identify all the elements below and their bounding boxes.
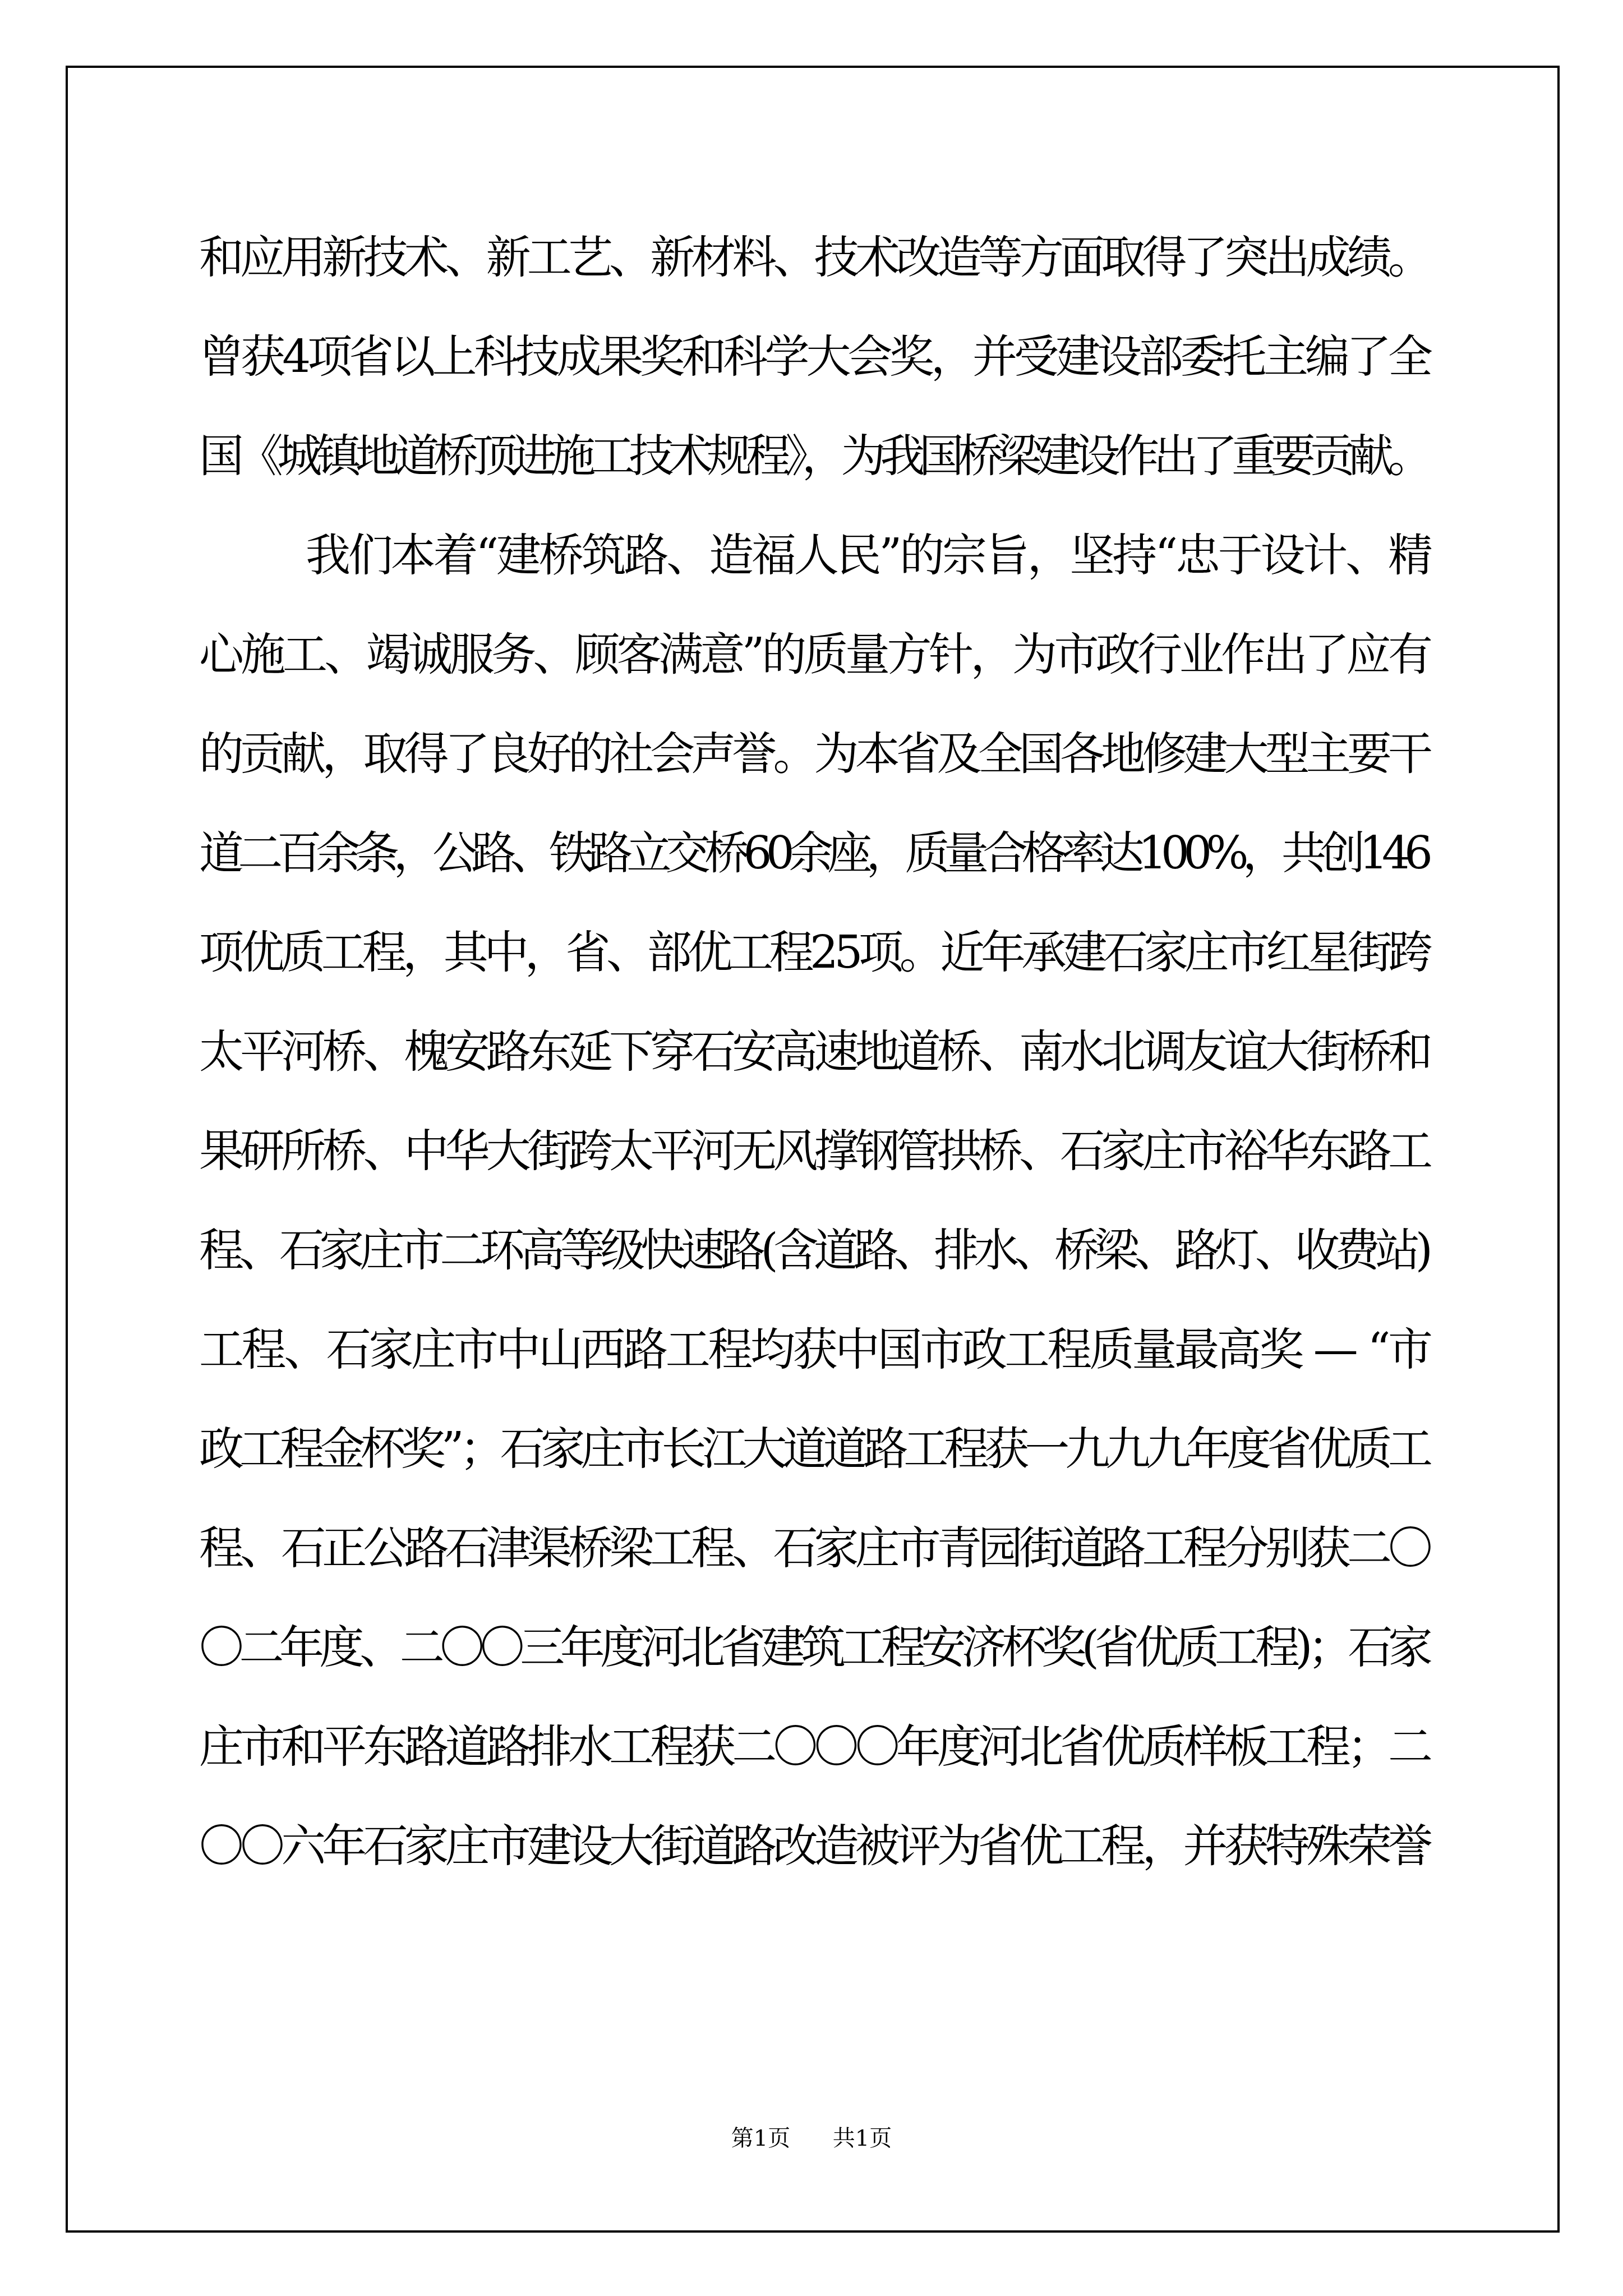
document-body: 和应用新技术、新工艺、新材料、技术改造等方面取得了突出成绩。 曾获4项省以上科技…: [199, 208, 1433, 1895]
text-line: 程、石正公路石津渠桥梁工程、石家庄市青园街道路工程分别获二〇: [199, 1498, 1433, 1598]
text-line-content: 果研所桥、中华大街跨太平河无风撑钢管拱桥、石家庄市裕华东路工: [199, 1101, 1429, 1200]
page-number-current: 第1页: [731, 2122, 790, 2155]
text-line: 〇〇六年石家庄市建设大街道路改造被评为省优工程，并获特殊荣誉: [199, 1796, 1433, 1895]
text-line-content: 程、石正公路石津渠桥梁工程、石家庄市青园街道路工程分别获二〇: [199, 1498, 1429, 1598]
text-line-content: 道二百余条，公路、铁路立交桥60余座，质量合格率达100%，共创146: [199, 803, 1427, 903]
text-line: 道二百余条，公路、铁路立交桥60余座，质量合格率达100%，共创146: [199, 803, 1433, 903]
text-line: 心施工、竭诚服务、顾客满意”的质量方针，为市政行业作出了应有: [199, 605, 1433, 704]
text-line-content: 的贡献，取得了良好的社会声誉。为本省及全国各地修建大型主要干: [199, 704, 1429, 803]
text-line: 果研所桥、中华大街跨太平河无风撑钢管拱桥、石家庄市裕华东路工: [199, 1101, 1433, 1200]
text-line: 国《城镇地道桥顶进施工技术规程》，为我国桥梁建设作出了重要贡献。: [199, 406, 1433, 505]
text-line-paragraph-start: 我们本着“建桥筑路、造福人民”的宗旨，坚持“忠于设计、精: [199, 505, 1433, 605]
text-line-content: 程、石家庄市二环高等级快速路(含道路、排水、桥梁、路灯、收费站): [199, 1200, 1428, 1300]
text-line-content: 太平河桥、槐安路东延下穿石安高速地道桥、南水北调友谊大街桥和: [199, 1002, 1429, 1101]
text-line: 的贡献，取得了良好的社会声誉。为本省及全国各地修建大型主要干: [199, 704, 1433, 803]
text-line: 太平河桥、槐安路东延下穿石安高速地道桥、南水北调友谊大街桥和: [199, 1002, 1433, 1101]
text-line-content: 工程、石家庄市中山西路工程均获中国市政工程质量最高奖 — “市: [199, 1300, 1431, 1399]
text-line-content: 〇二年度、二〇〇三年度河北省建筑工程安济杯奖(省优质工程)；石家: [199, 1598, 1428, 1697]
text-line-content: 国《城镇地道桥顶进施工技术规程》，为我国桥梁建设作出了重要贡献。: [199, 406, 1427, 505]
text-line: 政工程金杯奖”；石家庄市长江大道道路工程获一九九九年度省优质工: [199, 1399, 1433, 1498]
text-line: 庄市和平东路道路排水工程获二〇〇〇年度河北省优质样板工程；二: [199, 1697, 1433, 1796]
text-line-content: 〇〇六年石家庄市建设大街道路改造被评为省优工程，并获特殊荣誉: [199, 1796, 1429, 1895]
text-line-content: 和应用新技术、新工艺、新材料、技术改造等方面取得了突出成绩。: [199, 208, 1429, 307]
text-line-content: 庄市和平东路道路排水工程获二〇〇〇年度河北省优质样板工程；二: [199, 1697, 1429, 1796]
page-number-total: 共1页: [833, 2122, 892, 2155]
text-line: 〇二年度、二〇〇三年度河北省建筑工程安济杯奖(省优质工程)；石家: [199, 1598, 1433, 1697]
text-line: 项优质工程，其中，省、部优工程25项。近年承建石家庄市红星街跨: [199, 903, 1433, 1002]
page-footer: 第1页 共1页: [0, 2122, 1623, 2155]
text-line: 工程、石家庄市中山西路工程均获中国市政工程质量最高奖 — “市: [199, 1300, 1433, 1399]
text-line: 曾获4项省以上科技成果奖和科学大会奖，并受建设部委托主编了全: [199, 307, 1433, 406]
text-line-content: 心施工、竭诚服务、顾客满意”的质量方针，为市政行业作出了应有: [199, 605, 1430, 704]
text-line: 和应用新技术、新工艺、新材料、技术改造等方面取得了突出成绩。: [199, 208, 1433, 307]
text-line-content: 项优质工程，其中，省、部优工程25项。近年承建石家庄市红星街跨: [199, 903, 1429, 1002]
text-line-content: 曾获4项省以上科技成果奖和科学大会奖，并受建设部委托主编了全: [199, 307, 1430, 406]
text-line-content: 我们本着“建桥筑路、造福人民”的宗旨，坚持“忠于设计、精: [306, 505, 1431, 605]
text-line-content: 政工程金杯奖”；石家庄市长江大道道路工程获一九九九年度省优质工: [199, 1399, 1428, 1498]
text-line: 程、石家庄市二环高等级快速路(含道路、排水、桥梁、路灯、收费站): [199, 1200, 1433, 1300]
